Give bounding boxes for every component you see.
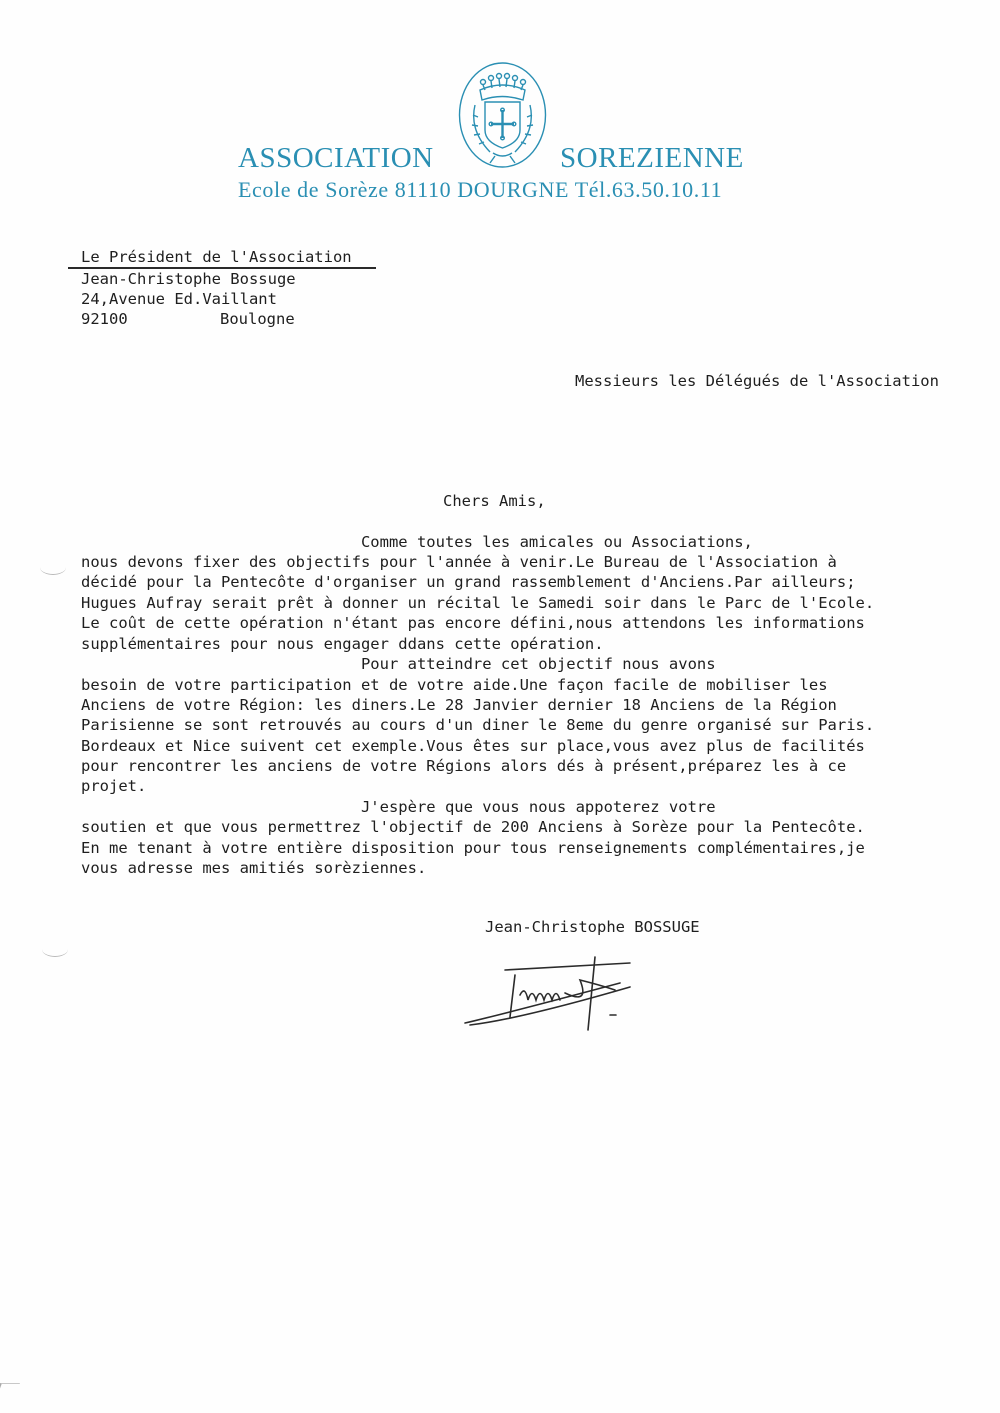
body-line: Anciens de votre Région: les diners.Le 2… [81, 696, 837, 714]
body-line: Pour atteindre cet objectif nous avons [81, 655, 716, 673]
salutation: Chers Amis, [443, 492, 546, 510]
handwritten-signature-icon [460, 945, 640, 1035]
signature-name: Jean-Christophe BOSSUGE [485, 918, 700, 936]
letterhead-name-right: SOREZIENNE [560, 142, 744, 175]
sender-underline [68, 267, 376, 269]
body-line: Hugues Aufray serait prêt à donner un ré… [81, 594, 874, 612]
body-line: Parisienne se sont retrouvés au cours d'… [81, 716, 874, 734]
punch-hole-mark [42, 942, 68, 957]
recipient: Messieurs les Délégués de l'Association [575, 372, 939, 390]
body-line: Bordeaux et Nice suivent cet exemple.Vou… [81, 737, 865, 755]
letterhead-address: Ecole de Sorèze 81110 DOURGNE Tél.63.50.… [238, 177, 722, 203]
body-line: Le coût de cette opération n'étant pas e… [81, 614, 865, 632]
body-line: nous devons fixer des objectifs pour l'a… [81, 553, 837, 571]
body-line: besoin de votre participation et de votr… [81, 676, 828, 694]
body-line: J'espère que vous nous appoterez votre [81, 798, 716, 816]
body-line: supplémentaires pour nous engager ddans … [81, 635, 604, 653]
sender-postcode: 92100 [81, 310, 128, 328]
body-line: projet. [81, 777, 146, 795]
sender-title: Le Président de l'Association [81, 248, 352, 266]
letterhead-name-left: ASSOCIATION [238, 142, 434, 175]
body-line: Comme toutes les amicales ou Association… [81, 533, 753, 551]
letter-page: ASSOCIATION SOREZIENNE Ecole de Sorèze 8… [0, 0, 1000, 1413]
body-line: soutien et que vous permettrez l'objecti… [81, 818, 865, 836]
page-corner-fold [0, 1383, 20, 1413]
punch-hole-mark [40, 560, 66, 575]
sender-street: 24,Avenue Ed.Vaillant [81, 290, 277, 308]
body-line: vous adresse mes amitiés sorèziennes. [81, 859, 426, 877]
body-line: pour rencontrer les anciens de votre Rég… [81, 757, 846, 775]
body-line: décidé pour la Pentecôte d'organiser un … [81, 573, 856, 591]
coat-of-arms-icon [455, 60, 550, 170]
sender-city: Boulogne [220, 310, 295, 328]
sender-name: Jean-Christophe Bossuge [81, 270, 296, 288]
body-line: En me tenant à votre entière disposition… [81, 839, 865, 857]
